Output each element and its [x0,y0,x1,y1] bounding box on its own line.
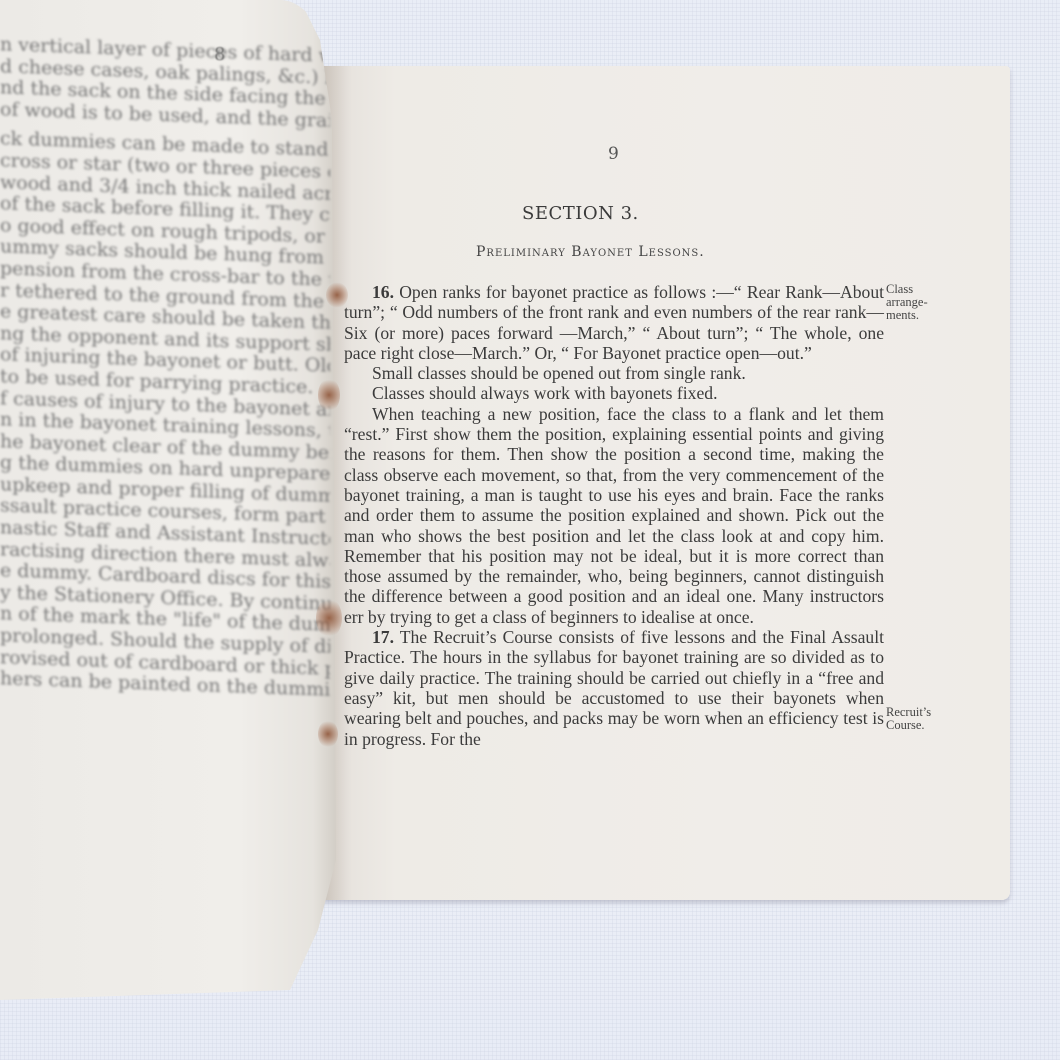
paragraph-number: 17. [372,627,394,647]
left-page-text: n vertical layer of pieces of hard wood … [0,34,330,701]
paragraph-16: 16. Open ranks for bayonet practice as f… [344,282,884,363]
page-number: 9 [608,144,619,164]
right-page: 9 SECTION 3. Preliminary Bayonet Lessons… [312,66,1010,900]
section-subtitle: Preliminary Bayonet Lessons. [476,244,705,260]
paragraph-17: 17. The Recruit’s Course consists of fiv… [344,627,884,749]
rust-stain [326,282,348,308]
paragraph: Classes should always work with bayonets… [344,383,884,403]
rust-stain [316,598,342,638]
margin-note-recruits-course: Recruit’s Course. [886,706,931,732]
left-page: 8 n vertical layer of pieces of hard woo… [0,0,340,1000]
margin-note-class-arrangements: Class arrange- ments. [886,283,928,322]
paragraph: When teaching a new position, face the c… [344,404,884,627]
rust-stain [318,378,340,412]
rust-stain [318,720,338,748]
body-text: 16. Open ranks for bayonet practice as f… [344,282,884,749]
paragraph-number: 16. [372,282,394,302]
paragraph: Small classes should be opened out from … [344,363,884,383]
section-title: SECTION 3. [522,203,639,224]
